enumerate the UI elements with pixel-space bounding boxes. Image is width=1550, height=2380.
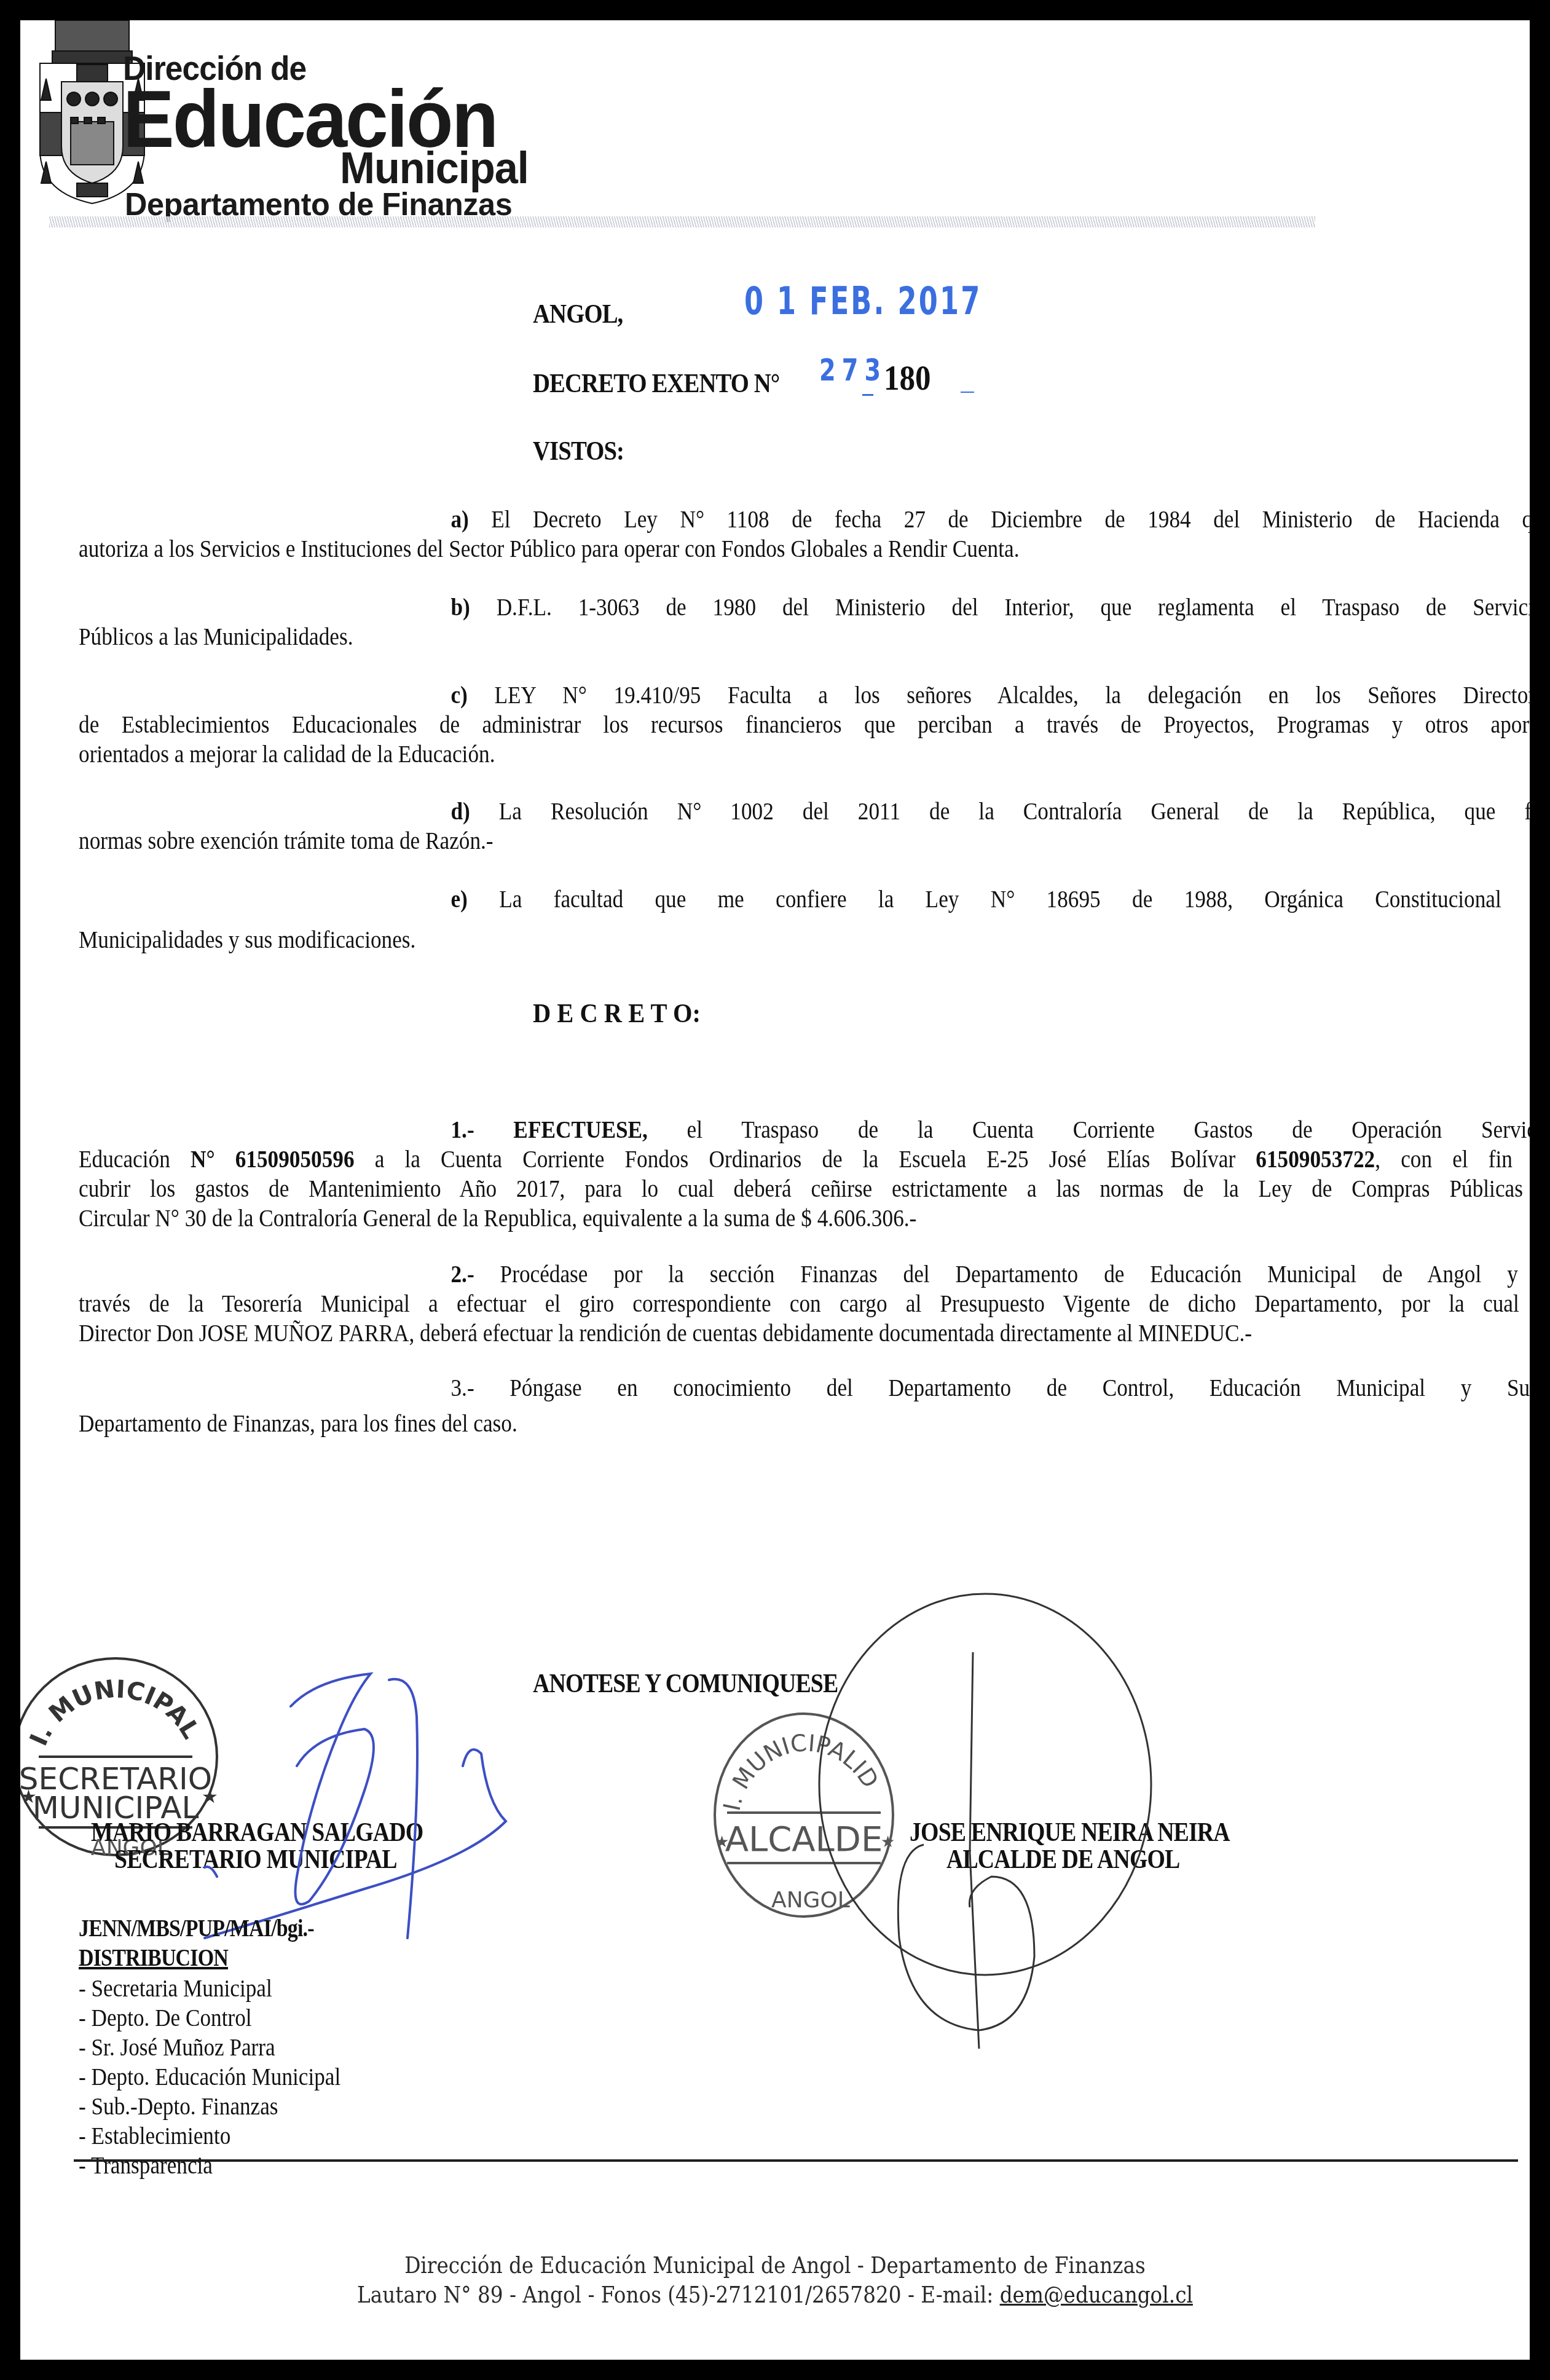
secretary-signature	[205, 1674, 506, 1938]
svg-text:I. MUNICIPALIDAD: I. MUNICIPALIDAD	[20, 1649, 205, 1750]
header-divider	[49, 216, 1315, 227]
mayor-stamp: I. MUNICIPALIDAD ALCALDE ★★ ANGOL	[702, 1704, 905, 1932]
svg-text:★: ★	[20, 1787, 37, 1807]
decree-label: DECRETO EXENTO N°	[533, 368, 779, 399]
article-1: 1.- EFECTUESE, el Traspaso de la Cuenta …	[79, 1114, 1530, 1232]
article-3: 3.- Póngase en conocimiento del Departam…	[79, 1373, 1530, 1438]
svg-text:★: ★	[715, 1833, 729, 1851]
svg-text:★: ★	[202, 1787, 218, 1807]
decreto-title: D E C R E T O:	[533, 998, 701, 1029]
footer-divider	[74, 2159, 1518, 2162]
distribution-item: - Depto. De Control	[79, 2003, 340, 2033]
distribution-item: - Sub.-Depto. Finanzas	[79, 2092, 340, 2121]
visto-b: b) D.F.L. 1-3063 de 1980 del Ministerio …	[79, 592, 1530, 651]
article-2: 2.- Procédase por la sección Finanzas de…	[79, 1259, 1530, 1347]
svg-text:ALCALDE: ALCALDE	[725, 1819, 883, 1859]
date-stamp: 0 1 FEB. 2017	[744, 278, 982, 323]
svg-text:★: ★	[881, 1833, 895, 1851]
distribution-item: - Depto. Educación Municipal	[79, 2062, 340, 2092]
secretary-title: SECRETARIO MUNICIPAL	[114, 1843, 397, 1875]
distribution-list: - Secretaria Municipal - Depto. De Contr…	[79, 1974, 340, 2180]
distribution-item: - Secretaria Municipal	[79, 1974, 340, 2003]
mayor-title: ALCALDE DE ANGOL	[946, 1843, 1179, 1875]
footer-email-link[interactable]: dem@educangol.cl	[1000, 2281, 1193, 2308]
distribution-item: - Sr. José Muñoz Parra	[79, 2033, 340, 2062]
vistos-title: VISTOS:	[533, 435, 624, 467]
decree-number-mark	[961, 392, 974, 393]
distribution-item: - Transparencia	[79, 2151, 340, 2180]
place-label: ANGOL,	[533, 298, 623, 329]
footer-line-2: Lautaro N° 89 - Angol - Fonos (45)-27121…	[126, 2281, 1424, 2308]
visto-e: e) La facultad que me confiere la Ley N°…	[79, 884, 1530, 954]
footer-line-1: Dirección de Educación Municipal de Ango…	[126, 2252, 1424, 2279]
svg-text:ANGOL: ANGOL	[771, 1888, 850, 1913]
visto-c: c) LEY N° 19.410/95 Faculta a los señore…	[79, 680, 1530, 768]
decree-stamp-number: 273	[819, 352, 887, 388]
document-page: Dirección de Educación Municipal Departa…	[20, 20, 1530, 2360]
closing-text: ANOTESE Y COMUNIQUESE	[533, 1668, 838, 1699]
visto-a: a) El Decreto Ley N° 1108 de fecha 27 de…	[79, 504, 1530, 563]
decree-typed-number: 180	[884, 357, 931, 398]
distribution-item: - Establecimiento	[79, 2121, 340, 2151]
initials: JENN/MBS/PUP/MAI/bgi.-	[79, 1913, 314, 1942]
visto-d: d) La Resolución N° 1002 del 2011 de la …	[79, 796, 1530, 855]
distribution-title: DISTRIBUCION	[79, 1943, 228, 1972]
stamp-dash	[862, 394, 873, 396]
